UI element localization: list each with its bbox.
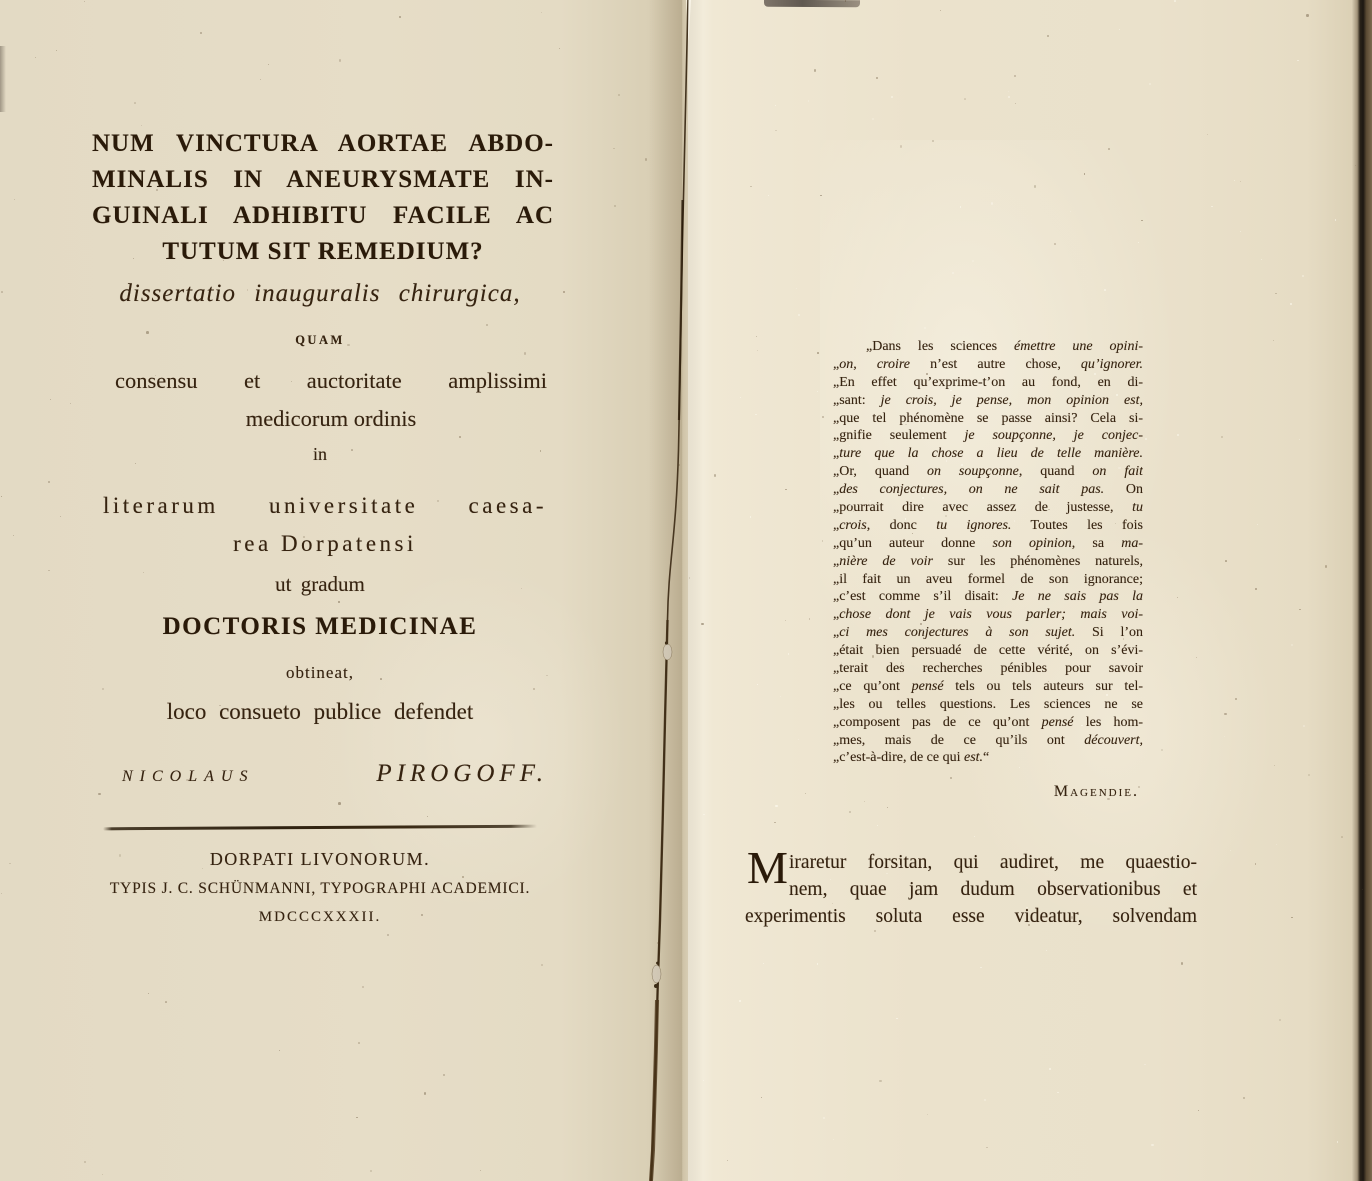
- paper-fleck: [757, 684, 758, 685]
- paper-fleck: [850, 504, 851, 505]
- speckle: [424, 1092, 426, 1094]
- quote-italic-segment: son opinion: [992, 536, 1071, 551]
- quote-segment: „qu’un auteur donne: [833, 536, 992, 551]
- speckle: [133, 258, 134, 259]
- quote-italic-segment: ma-: [1121, 536, 1143, 551]
- speckle: [805, 793, 806, 794]
- latin-lines: iraretur forsitan, qui audiret, me quaes…: [745, 849, 1197, 930]
- speckle: [339, 59, 341, 61]
- speckle: [926, 373, 928, 375]
- quote-line: „nière de voir sur les phénomènes nature…: [833, 553, 1143, 571]
- in-word: in: [85, 444, 555, 465]
- quote-segment: „mes, mais de ce qu’ils ont: [833, 733, 1084, 748]
- author-last-name: PIROGOFF.: [376, 760, 548, 788]
- paper-fleck: [1224, 736, 1225, 737]
- speckle: [1107, 798, 1109, 800]
- quote-segment: ,: [853, 357, 877, 372]
- quote-segment: tels ou tels auteurs sur tel-: [944, 679, 1143, 694]
- speckle: [436, 150, 437, 151]
- speckle: [1, 291, 3, 293]
- paper-fleck: [817, 963, 818, 964]
- quote-attribution: Magendie.: [833, 783, 1143, 801]
- quote-line: „il fait un aveu formel de son ignorance…: [833, 571, 1143, 589]
- speckle: [84, 1161, 85, 1162]
- speckle: [247, 289, 248, 290]
- quote-italic-segment: on: [839, 357, 853, 372]
- speckle: [9, 863, 11, 865]
- quote-italic-segment: est.: [964, 750, 983, 765]
- speckle: [1084, 173, 1085, 174]
- paper-fleck: [991, 202, 993, 204]
- speckle: [940, 10, 941, 11]
- speckle: [912, 533, 913, 534]
- paper-fleck: [775, 105, 776, 106]
- paper-fleck: [1174, 0, 1176, 2]
- speckle: [845, 0, 846, 1]
- paper-fleck: [1127, 344, 1129, 346]
- quote-italic-segment: des conjectures, on ne sait pas.: [839, 482, 1104, 497]
- speckle: [822, 540, 823, 541]
- quote-italic-segment: ture que la chose a lieu de telle manièr…: [839, 446, 1143, 461]
- quote-line: „chose dont je vais vous parler; mais vo…: [833, 606, 1143, 624]
- consent-line: medicorum ordinis: [115, 400, 547, 438]
- latin-line: nem, quae jam dudum observationibus et: [789, 876, 1197, 903]
- paper-fleck: [1046, 950, 1047, 951]
- quote-line: „En effet qu’exprime-t’on au fond, en di…: [833, 374, 1143, 392]
- paper-fleck: [924, 327, 926, 329]
- speckle: [223, 260, 224, 261]
- speckle: [380, 678, 382, 680]
- quote-line: „c’est-à-dire, de ce qui est.“: [833, 749, 1143, 767]
- paper-fleck: [1337, 1141, 1338, 1142]
- quote-italic-segment: tu ignores.: [936, 518, 1011, 533]
- paper-fleck: [768, 195, 769, 196]
- quote-segment: „c’est-à-dire, de ce qui: [833, 750, 964, 765]
- imprint-line: TYPIS J. C. SCHÜNMANNI, TYPOGRAPHI ACADE…: [85, 874, 555, 903]
- paper-fleck: [1144, 1064, 1146, 1066]
- paper-fleck: [1118, 467, 1120, 469]
- quote-italic-segment: découvert,: [1084, 733, 1143, 748]
- quote-segment: Toutes les fois: [1011, 518, 1143, 533]
- paper-fleck: [1104, 289, 1106, 291]
- speckle: [480, 1170, 481, 1171]
- quote-line: „ture que la chose a lieu de telle maniè…: [833, 445, 1143, 463]
- speckle: [1181, 962, 1183, 964]
- quote-line: „qu’un auteur donne son opinion, sa ma-: [833, 535, 1143, 553]
- imprint-line: MDCCCXXXII.: [85, 903, 555, 932]
- quote-line: „ce qu’ont pensé tels ou tels auteurs su…: [833, 678, 1143, 696]
- quote-line: „terait des recherches pénibles pour sav…: [833, 660, 1143, 678]
- quote-segment: „c’est comme s’il disait:: [833, 589, 1012, 604]
- paper-fleck: [960, 206, 962, 208]
- paper-fleck: [974, 836, 975, 837]
- speckle: [1235, 698, 1237, 700]
- speckle: [964, 98, 966, 100]
- quote-italic-segment: je soupçonne, je conjec-: [964, 428, 1143, 443]
- speckle: [427, 816, 428, 817]
- quote-segment: „ce qu’ont: [833, 679, 912, 694]
- paper-fleck: [750, 516, 751, 517]
- paper-fleck: [1101, 610, 1103, 612]
- speckle: [701, 623, 703, 625]
- speckle: [774, 822, 775, 823]
- speckle: [986, 1147, 987, 1148]
- quote-italic-segment: nière de voir: [839, 554, 933, 569]
- speckle: [785, 489, 786, 490]
- speckle: [1224, 713, 1226, 715]
- speckle: [775, 130, 777, 132]
- speckle: [50, 399, 51, 400]
- paper-fleck: [1066, 468, 1068, 470]
- title-line: GUINALI ADHIBITU FACILE AC: [92, 198, 554, 234]
- consent-line: consensu et auctoritate amplissimi: [115, 362, 547, 400]
- speckle: [60, 516, 61, 517]
- speckle: [757, 350, 758, 351]
- quote-line: „pourrait dire avec assez de justesse, t…: [833, 499, 1143, 517]
- speckle: [822, 416, 824, 418]
- speckle: [541, 964, 543, 966]
- consent-statement: consensu et auctoritate amplissimimedico…: [115, 362, 547, 438]
- quote-italic-segment: ci mes conjectures à son sujet.: [839, 625, 1075, 640]
- speckle: [119, 854, 121, 856]
- speckle: [756, 336, 757, 337]
- speckle: [945, 515, 947, 517]
- author-first-name: NICOLAUS: [122, 768, 254, 786]
- quote-line: „Dans les sciences émettre une opini-: [833, 338, 1143, 356]
- paper-fleck: [739, 1000, 741, 1002]
- quote-segment: „terait des recherches pénibles pour sav…: [833, 661, 1143, 676]
- speckle: [1001, 475, 1002, 476]
- book-spread: NUM VINCTURA AORTAE ABDO-MINALIS IN ANEU…: [0, 0, 1372, 1181]
- quote-italic-segment: tu: [1132, 500, 1143, 515]
- paper-fleck: [1094, 373, 1096, 375]
- paper-fleck: [1067, 650, 1069, 652]
- speckle: [854, 610, 855, 611]
- speckle: [70, 403, 71, 404]
- speckle: [146, 331, 149, 334]
- quote-segment: „sant:: [833, 393, 881, 408]
- quote-line: „gnifie seulement je soupçonne, je conje…: [833, 427, 1143, 445]
- speckle: [134, 102, 136, 104]
- quote-segment: , sa: [1072, 536, 1121, 551]
- paper-fleck: [1261, 259, 1262, 260]
- quote-segment: n’est autre chose,: [910, 357, 1081, 372]
- quote-segment: „gnifie seulement: [833, 428, 964, 443]
- paper-fleck: [932, 614, 933, 615]
- paper-fleck: [798, 314, 800, 316]
- paper-fleck: [1291, 644, 1293, 646]
- speckle: [1161, 749, 1163, 751]
- paper-fleck: [703, 814, 704, 815]
- quote-line: „mes, mais de ce qu’ils ont découvert,: [833, 732, 1143, 750]
- paper-fleck: [775, 805, 777, 807]
- quote-line: „les ou telles questions. Les sciences n…: [833, 696, 1143, 714]
- speckle: [817, 352, 819, 354]
- speckle: [874, 930, 876, 932]
- quote-segment: Si l’on: [1075, 625, 1143, 640]
- quote-segment: „composent pas de ce qu’ont: [833, 715, 1042, 730]
- quote-segment: On: [1104, 482, 1143, 497]
- paper-fleck: [740, 397, 741, 398]
- latin-paragraph: M iraretur forsitan, qui audiret, me qua…: [745, 849, 1197, 930]
- quote-segment: „les ou telles questions. Les sciences n…: [833, 697, 1143, 712]
- speckle: [1355, 165, 1356, 166]
- speckle: [1273, 340, 1274, 341]
- speckle: [1028, 924, 1030, 926]
- quam-label: QUAM: [85, 333, 555, 348]
- latin-drop-cap: M: [747, 845, 788, 891]
- quote-segment: „était bien persuadé de cette vérité, on…: [833, 643, 1143, 658]
- dissertation-subtitle: dissertatio inauguralis chirurgica,: [85, 280, 555, 308]
- speckle: [1054, 243, 1056, 245]
- speckle: [437, 500, 438, 501]
- quote-segment: „Or, quand: [833, 464, 927, 479]
- quote-segment: “: [983, 750, 989, 765]
- quote-segment: „que tel phénomène se passe ainsi? Cela …: [833, 411, 1143, 426]
- quote-italic-segment: émettre une opini-: [1014, 339, 1143, 354]
- quote-line: „c’est comme s’il disait: Je ne sais pas…: [833, 588, 1143, 606]
- paper-fleck: [946, 460, 947, 461]
- paper-fleck: [1106, 694, 1108, 696]
- degree-name: DOCTORIS MEDICINAE: [85, 613, 555, 641]
- quote-segment: „Dans les sciences: [866, 339, 1014, 354]
- title-line: NUM VINCTURA AORTAE ABDO-: [92, 126, 554, 162]
- page-edge-right: [1352, 0, 1372, 1181]
- quote-line: „sant: je crois, je pense, mon opinion e…: [833, 392, 1143, 410]
- speckle: [56, 50, 57, 51]
- quote-segment: „En effet qu’exprime-t’on au fond, en di…: [833, 375, 1143, 390]
- speckle: [1014, 75, 1016, 77]
- title-line: MINALIS IN ANEURYSMATE IN-: [92, 162, 554, 198]
- paper-fleck: [1257, 524, 1258, 525]
- speckle: [1047, 35, 1049, 37]
- title-line: TUTUM SIT REMEDIUM?: [92, 234, 554, 270]
- quote-italic-segment: pensé: [912, 679, 944, 694]
- quote-line: „composent pas de ce qu’ont pensé les ho…: [833, 714, 1143, 732]
- speckle: [13, 535, 14, 536]
- defense-statement: loco consueto publice defendet: [85, 699, 555, 725]
- paper-fleck: [780, 696, 781, 697]
- quote-italic-segment: croire: [877, 357, 910, 372]
- speckle: [303, 536, 305, 538]
- quote-segment: „il fait un aveu formel de son ignorance…: [833, 572, 1143, 587]
- speckle: [540, 450, 542, 452]
- quote-italic-segment: je crois, je pense, mon opinion est,: [881, 393, 1143, 408]
- paper-fleck: [823, 1117, 825, 1119]
- gutter-highlight: [688, 0, 714, 1181]
- speckle: [901, 662, 902, 663]
- speckle: [1141, 220, 1142, 221]
- speckle: [1299, 609, 1300, 610]
- quote-italic-segment: qu’ignorer.: [1081, 357, 1143, 372]
- imprint-line: DORPATI LIVONORUM.: [85, 845, 555, 874]
- speckle: [399, 16, 401, 18]
- paper-fleck: [891, 96, 893, 98]
- speckle: [165, 1001, 167, 1003]
- university-line: literarum universitate caesa-: [103, 487, 547, 525]
- speckle: [1138, 786, 1140, 788]
- paper-fleck: [872, 118, 874, 120]
- speckle: [1358, 69, 1359, 70]
- speckle: [1240, 181, 1241, 182]
- speckle: [814, 69, 816, 71]
- quote-italic-segment: Je ne sais pas la: [1012, 589, 1143, 604]
- speckle: [421, 914, 423, 916]
- french-quote: „Dans les sciences émettre une opini-„on…: [833, 338, 1143, 767]
- speckle: [1048, 509, 1049, 510]
- speckle: [84, 1, 85, 2]
- speckle: [524, 352, 526, 354]
- quote-line: „crois, donc tu ignores. Toutes les fois: [833, 517, 1143, 535]
- paper-fleck: [1057, 1092, 1058, 1093]
- quote-segment: , donc: [867, 518, 936, 533]
- speckle: [1306, 14, 1308, 16]
- quote-line: „des conjectures, on ne sait pas. On: [833, 481, 1143, 499]
- speckle: [1255, 588, 1257, 590]
- quote-segment: les hom-: [1074, 715, 1143, 730]
- quote-line: „on, croire n’est autre chose, qu’ignore…: [833, 356, 1143, 374]
- speckle: [879, 1080, 881, 1082]
- quote-line: „Or, quand on soupçonne, quand on fait: [833, 463, 1143, 481]
- latin-line: experimentis soluta esse videatur, solve…: [745, 903, 1197, 930]
- speckle: [186, 779, 188, 781]
- speckle: [872, 655, 874, 657]
- speckle: [1115, 523, 1116, 524]
- quote-line: „que tel phénomène se passe ainsi? Cela …: [833, 410, 1143, 428]
- speckle: [358, 1042, 360, 1044]
- gutter-shadow: [648, 0, 682, 1181]
- speckle: [1325, 565, 1327, 567]
- speckle: [338, 802, 341, 805]
- paper-fleck: [869, 500, 871, 502]
- speckle: [260, 79, 261, 80]
- quote-italic-segment: pensé: [1042, 715, 1074, 730]
- quote-line: „était bien persuadé de cette vérité, on…: [833, 642, 1143, 660]
- quote-italic-segment: chose dont je vais vous parler; mais voi…: [839, 607, 1143, 622]
- speckle: [927, 1114, 928, 1115]
- quote-italic-segment: on soupçonne: [927, 464, 1019, 479]
- paper-fleck: [922, 497, 924, 499]
- dissertation-title: NUM VINCTURA AORTAE ABDO-MINALIS IN ANEU…: [92, 126, 554, 270]
- ut-gradum-label: ut gradum: [85, 572, 555, 597]
- quote-segment: , quand: [1019, 464, 1093, 479]
- speckle: [1048, 681, 1049, 682]
- latin-line: iraretur forsitan, qui audiret, me quaes…: [789, 849, 1197, 876]
- university-name: literarum universitate caesa-rea Dorpate…: [103, 487, 547, 563]
- obtineat-label: obtineat,: [85, 663, 555, 683]
- university-line: rea Dorpatensi: [103, 525, 547, 563]
- quote-segment: „pourrait dire avec assez de justesse,: [833, 500, 1132, 515]
- speckle: [714, 474, 716, 476]
- quote-italic-segment: crois: [839, 518, 866, 533]
- speckle: [645, 158, 647, 160]
- speckle: [102, 688, 104, 690]
- speckle: [876, 77, 878, 79]
- speckle: [1341, 836, 1343, 838]
- speckle: [1279, 1019, 1281, 1021]
- quote-segment: sur les phénomènes naturels,: [933, 554, 1143, 569]
- paper-fleck: [1019, 767, 1020, 768]
- author-name: NICOLAUS PIROGOFF.: [122, 760, 548, 788]
- speckle: [1274, 765, 1275, 766]
- speckle: [1225, 560, 1227, 562]
- paper-fleck: [922, 629, 924, 631]
- speckle: [338, 601, 339, 602]
- edge-smudge: [0, 46, 6, 112]
- imprint: DORPATI LIVONORUM.TYPIS J. C. SCHÜNMANNI…: [85, 845, 555, 932]
- quote-line: „ci mes conjectures à son sujet. Si l’on: [833, 624, 1143, 642]
